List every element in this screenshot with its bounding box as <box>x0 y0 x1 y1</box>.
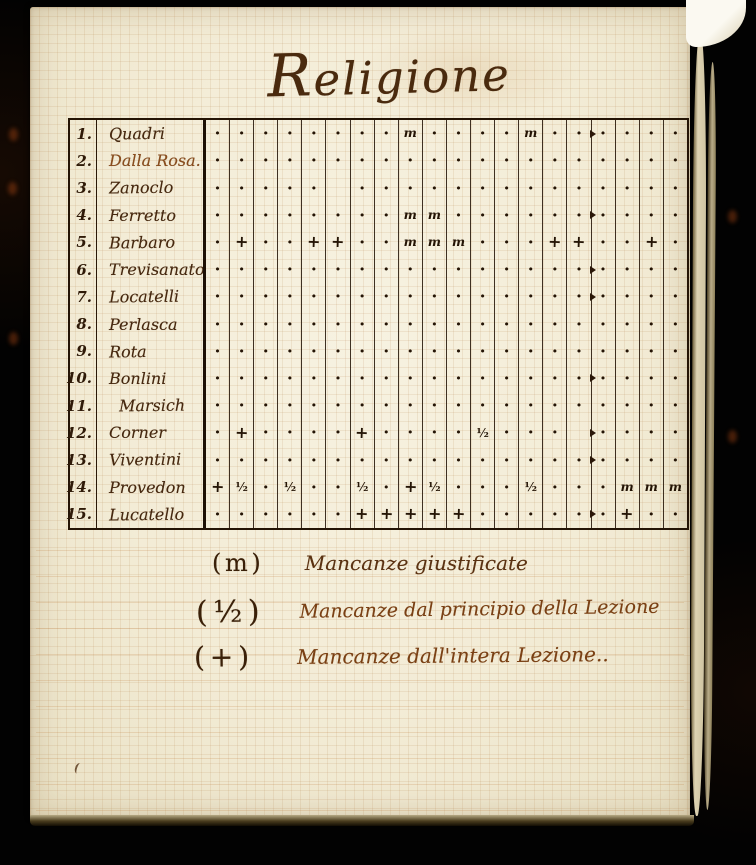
mark-cell: • <box>592 174 616 201</box>
mark-cell: • <box>278 174 302 201</box>
mark-dot: • <box>335 210 342 221</box>
mark-dot: • <box>287 455 294 466</box>
mark-cell: • <box>375 120 399 147</box>
mark-cell: • <box>254 256 278 283</box>
mark-dot: • <box>359 455 366 466</box>
mark-cell: • <box>664 446 687 473</box>
mark-cell: • <box>302 338 326 365</box>
mark-cell: • <box>592 283 616 310</box>
mark-cell: • <box>567 392 591 419</box>
mark-m: m <box>452 236 465 249</box>
mark-cell: • <box>616 310 640 337</box>
mark-cell: + <box>230 229 254 256</box>
mark-cell: • <box>592 229 616 256</box>
student-name: Zanoclo <box>97 174 203 202</box>
mark-dot: • <box>576 455 583 466</box>
mark-cell: • <box>664 120 687 147</box>
mark-dot: • <box>335 373 342 384</box>
mark-cell: • <box>567 147 591 174</box>
mark-cell: • <box>278 338 302 365</box>
mark-plus: + <box>427 506 441 522</box>
mark-cell: • <box>326 365 350 392</box>
mark-cell: • <box>399 446 423 473</box>
mark-dot: • <box>335 155 342 166</box>
mark-cell: • <box>640 174 664 201</box>
mark-dot: • <box>383 237 390 248</box>
row-number: 13. <box>70 446 97 473</box>
mark-cell: • <box>640 392 664 419</box>
mark-cell: • <box>254 501 278 528</box>
mark-dot: • <box>262 400 269 411</box>
student-name: Viventini <box>97 446 203 474</box>
mark-dot: • <box>455 319 462 330</box>
row-number: 8. <box>70 310 97 337</box>
mark-cell: • <box>592 120 616 147</box>
mark-cell: • <box>302 365 326 392</box>
mark-dot: • <box>238 210 245 221</box>
mark-dot: • <box>262 319 269 330</box>
mark-dot: • <box>600 183 607 194</box>
mark-dot: • <box>528 400 535 411</box>
mark-dot: • <box>335 427 342 438</box>
student-name: Bonlini <box>97 365 203 392</box>
mark-cell: • <box>351 147 375 174</box>
mark-cell: • <box>399 338 423 365</box>
mark-dot: • <box>455 373 462 384</box>
student-name: Lucatello <box>97 500 203 528</box>
mark-dot: • <box>262 455 269 466</box>
mark-cell: m <box>640 474 664 501</box>
mark-cell: + <box>567 229 591 256</box>
mark-cell: + <box>447 501 471 528</box>
mark-cell: • <box>375 147 399 174</box>
row-number: 3. <box>70 174 97 201</box>
mark-dot: • <box>624 400 631 411</box>
row-number: 11. <box>70 392 97 419</box>
mark-dot: • <box>214 264 221 275</box>
mark-dot: • <box>624 264 631 275</box>
mark-cell: • <box>495 283 519 310</box>
mark-plus: + <box>307 234 321 250</box>
mark-dot: • <box>479 373 486 384</box>
mark-dot: • <box>335 291 342 302</box>
ink-blob <box>590 429 596 437</box>
mark-cell: • <box>640 501 664 528</box>
mark-cell: • <box>399 256 423 283</box>
mark-cell: • <box>495 474 519 501</box>
mark-cell: • <box>278 283 302 310</box>
mark-cell: • <box>471 174 495 201</box>
mark-cell: • <box>471 256 495 283</box>
mark-dot: • <box>576 264 583 275</box>
mark-cell: • <box>519 147 543 174</box>
mark-dot: • <box>672 509 679 520</box>
mark-dot: • <box>335 455 342 466</box>
table-row: 3.Zanoclo••••••••••••••••••• <box>70 174 687 201</box>
mark-cell: m <box>664 474 687 501</box>
mark-dot: • <box>600 155 607 166</box>
mark-cell: • <box>351 256 375 283</box>
mark-dot: • <box>503 455 510 466</box>
mark-cell: • <box>351 392 375 419</box>
mark-cell: • <box>616 229 640 256</box>
mark-dot: • <box>528 319 535 330</box>
mark-dot: • <box>576 128 583 139</box>
mark-cell: • <box>423 147 447 174</box>
mark-dot: • <box>262 183 269 194</box>
mark-dot: • <box>431 427 438 438</box>
mark-dot: • <box>335 264 342 275</box>
mark-dot: • <box>503 264 510 275</box>
mark-dot: • <box>311 455 318 466</box>
mark-dot: • <box>672 455 679 466</box>
mark-cell: • <box>471 474 495 501</box>
mark-dot: • <box>287 400 294 411</box>
mark-dot: • <box>552 128 559 139</box>
mark-cell: • <box>664 256 687 283</box>
mark-cell: • <box>616 174 640 201</box>
mark-cell: + <box>206 474 230 501</box>
mark-cell: • <box>351 174 375 201</box>
student-name: Barbaro <box>97 228 203 256</box>
table-row: 5.Barbaro•+••++••mmm•••++••+• <box>70 229 687 256</box>
mark-dot: • <box>383 291 390 302</box>
mark-dot: • <box>431 291 438 302</box>
mark-dot: • <box>503 128 510 139</box>
mark-cell: • <box>206 202 230 229</box>
mark-cell: ½ <box>423 474 447 501</box>
mark-cell: • <box>326 310 350 337</box>
mark-dot: • <box>238 400 245 411</box>
mark-dot: • <box>600 291 607 302</box>
mark-cell: • <box>640 120 664 147</box>
mark-cell: • <box>592 365 616 392</box>
mark-cell: • <box>640 202 664 229</box>
mark-cell: • <box>447 419 471 446</box>
mark-dot: • <box>311 373 318 384</box>
mark-dot: • <box>624 291 631 302</box>
mark-cell: • <box>254 310 278 337</box>
mark-cell: • <box>326 419 350 446</box>
mark-cell: • <box>254 365 278 392</box>
mark-cell: • <box>326 120 350 147</box>
mark-cell: • <box>375 446 399 473</box>
mark-cell: • <box>375 419 399 446</box>
mark-dot: • <box>214 400 221 411</box>
mark-dot: • <box>455 455 462 466</box>
mark-cell: + <box>351 501 375 528</box>
margin-bleed-mark <box>9 332 18 345</box>
mark-cell: • <box>567 338 591 365</box>
mark-cell: • <box>640 256 664 283</box>
mark-cell: • <box>302 474 326 501</box>
mark-dot: • <box>672 237 679 248</box>
mark-dot: • <box>552 346 559 357</box>
mark-cell: • <box>423 120 447 147</box>
mark-cell: • <box>471 338 495 365</box>
mark-dot: • <box>648 400 655 411</box>
mark-dot: • <box>600 400 607 411</box>
mark-cell: • <box>543 365 567 392</box>
mark-cell: • <box>230 392 254 419</box>
mark-dot: • <box>528 291 535 302</box>
mark-cell: • <box>567 256 591 283</box>
mark-dot: • <box>359 291 366 302</box>
mark-dot: • <box>214 155 221 166</box>
mark-cell: • <box>206 229 230 256</box>
mark-dot: • <box>576 155 583 166</box>
table-row: 15.Lucatello••••••+++++••••••+•• <box>70 501 687 528</box>
mark-dot: • <box>238 346 245 357</box>
mark-dot: • <box>238 183 245 194</box>
margin-bleed-mark <box>728 210 737 223</box>
mark-cell: • <box>351 202 375 229</box>
mark-cell: • <box>447 202 471 229</box>
mark-dot: • <box>431 264 438 275</box>
row-number: 10. <box>70 365 97 392</box>
mark-cell: • <box>664 147 687 174</box>
mark-dot: • <box>262 509 269 520</box>
mark-cell: + <box>423 501 447 528</box>
legend-item: ( m ) Mancanze giustificate <box>212 549 528 577</box>
mark-cell: • <box>302 147 326 174</box>
mark-cell: • <box>206 283 230 310</box>
mark-dot: • <box>383 210 390 221</box>
mark-half: ½ <box>284 481 297 493</box>
mark-dot: • <box>238 128 245 139</box>
mark-half: ½ <box>235 481 248 493</box>
mark-dot: • <box>648 210 655 221</box>
mark-cell: • <box>616 419 640 446</box>
mark-cell: • <box>495 419 519 446</box>
margin-bleed-mark <box>9 128 18 141</box>
mark-cell: • <box>640 310 664 337</box>
mark-cell: • <box>230 310 254 337</box>
mark-dot: • <box>431 319 438 330</box>
mark-cell: • <box>206 147 230 174</box>
mark-cell: m <box>399 229 423 256</box>
mark-cell: m <box>519 120 543 147</box>
mark-cell: • <box>592 310 616 337</box>
mark-dot: • <box>576 346 583 357</box>
mark-cell: • <box>254 419 278 446</box>
mark-dot: • <box>214 210 221 221</box>
row-number: 7. <box>70 283 97 310</box>
mark-dot: • <box>383 183 390 194</box>
mark-cell: • <box>471 120 495 147</box>
mark-cell: • <box>543 174 567 201</box>
marks-row: ••••••••mm•••••••••• <box>203 202 687 229</box>
marks-row: •••••••••••••••••••• <box>203 392 687 419</box>
mark-dot: • <box>359 237 366 248</box>
mark-dot: • <box>479 264 486 275</box>
mark-cell: + <box>326 229 350 256</box>
mark-dot: • <box>552 291 559 302</box>
mark-cell: • <box>519 174 543 201</box>
mark-cell: • <box>351 446 375 473</box>
mark-dot: • <box>407 455 414 466</box>
mark-dot: • <box>552 155 559 166</box>
student-name: Locatelli <box>97 283 203 311</box>
mark-plus: + <box>403 506 417 522</box>
mark-dot: • <box>503 319 510 330</box>
mark-dot: • <box>383 373 390 384</box>
student-name: Marsich <box>97 391 203 419</box>
page-corner-curl <box>686 0 746 47</box>
mark-cell: • <box>399 283 423 310</box>
row-number: 6. <box>70 256 97 283</box>
mark-cell: • <box>278 419 302 446</box>
mark-m: m <box>645 481 658 494</box>
marks-row: •+••++••mmm•••++••+• <box>203 229 687 256</box>
mark-dot: • <box>503 237 510 248</box>
mark-dot: • <box>672 427 679 438</box>
mark-dot: • <box>407 319 414 330</box>
mark-plus: + <box>379 506 393 522</box>
row-number: 1. <box>70 120 97 147</box>
mark-dot: • <box>503 183 510 194</box>
ink-blob <box>590 456 596 464</box>
mark-dot: • <box>552 373 559 384</box>
mark-cell: • <box>351 120 375 147</box>
mark-dot: • <box>335 400 342 411</box>
mark-dot: • <box>287 346 294 357</box>
mark-cell: • <box>471 446 495 473</box>
mark-cell: • <box>254 338 278 365</box>
mark-cell: • <box>278 310 302 337</box>
mark-cell: • <box>278 120 302 147</box>
table-row: 11.Marsich•••••••••••••••••••• <box>70 392 687 419</box>
legend-symbol-half: ( ½ ) <box>196 594 258 630</box>
mark-cell: m <box>399 202 423 229</box>
mark-dot: • <box>383 482 390 493</box>
mark-dot: • <box>214 455 221 466</box>
mark-cell: • <box>278 365 302 392</box>
legend-text: Mancanze dal principio della Lezione <box>299 595 659 622</box>
mark-dot: • <box>528 427 535 438</box>
mark-dot: • <box>648 509 655 520</box>
mark-dot: • <box>600 482 607 493</box>
mark-dot: • <box>503 291 510 302</box>
mark-cell: • <box>543 392 567 419</box>
mark-cell: • <box>326 256 350 283</box>
mark-cell <box>326 174 350 201</box>
mark-dot: • <box>359 155 366 166</box>
table-row: 2.Dalla Rosa.•••••••••••••••••••• <box>70 147 687 174</box>
mark-dot: • <box>238 373 245 384</box>
mark-dot: • <box>648 291 655 302</box>
mark-dot: • <box>335 509 342 520</box>
mark-cell: • <box>495 147 519 174</box>
mark-dot: • <box>214 319 221 330</box>
mark-cell: ½ <box>519 474 543 501</box>
student-name: Corner <box>97 419 203 446</box>
mark-cell: • <box>230 365 254 392</box>
mark-cell: • <box>567 174 591 201</box>
mark-cell: • <box>543 310 567 337</box>
mark-cell: • <box>254 174 278 201</box>
mark-dot: • <box>287 319 294 330</box>
mark-cell: • <box>592 202 616 229</box>
mark-cell: • <box>495 392 519 419</box>
mark-half: ½ <box>476 427 489 439</box>
mark-dot: • <box>214 346 221 357</box>
mark-cell: • <box>351 338 375 365</box>
mark-plus: + <box>235 425 249 441</box>
mark-cell: ½ <box>351 474 375 501</box>
mark-cell: • <box>519 229 543 256</box>
mark-dot: • <box>287 291 294 302</box>
mark-cell: • <box>519 256 543 283</box>
mark-cell: • <box>206 501 230 528</box>
mark-dot: • <box>624 155 631 166</box>
mark-dot: • <box>552 319 559 330</box>
mark-dot: • <box>648 264 655 275</box>
mark-dot: • <box>431 400 438 411</box>
mark-cell: m <box>423 229 447 256</box>
table-row: 6.Trevisanato•••••••••••••••••••• <box>70 256 687 283</box>
mark-dot: • <box>383 264 390 275</box>
mark-m: m <box>669 481 682 494</box>
mark-cell: • <box>254 392 278 419</box>
mark-dot: • <box>311 482 318 493</box>
mark-cell: • <box>375 256 399 283</box>
mark-cell: • <box>230 446 254 473</box>
mark-dot: • <box>455 346 462 357</box>
mark-dot: • <box>600 128 607 139</box>
mark-dot: • <box>238 319 245 330</box>
mark-plus: + <box>355 506 369 522</box>
mark-cell: • <box>447 283 471 310</box>
ink-blob <box>590 211 596 219</box>
mark-cell: • <box>302 120 326 147</box>
mark-cell: • <box>616 283 640 310</box>
mark-dot: • <box>335 346 342 357</box>
mark-cell: • <box>567 120 591 147</box>
mark-cell: • <box>326 338 350 365</box>
table-row: 12.Corner•+••••+••••½••••••• <box>70 419 687 446</box>
mark-cell: • <box>399 365 423 392</box>
table-row: 14.Provedon+½•½••½•+½•••½•••mmm <box>70 474 687 501</box>
mark-m: m <box>621 481 634 494</box>
mark-dot: • <box>600 237 607 248</box>
mark-dot: • <box>479 128 486 139</box>
mark-cell: • <box>616 202 640 229</box>
student-name: Provedon <box>97 474 203 501</box>
mark-dot: • <box>600 427 607 438</box>
mark-cell: • <box>230 174 254 201</box>
mark-cell: • <box>567 365 591 392</box>
mark-dot: • <box>262 128 269 139</box>
mark-m: m <box>428 236 441 249</box>
mark-cell: • <box>399 310 423 337</box>
mark-dot: • <box>576 210 583 221</box>
student-name: Rota <box>97 337 203 365</box>
marks-row: +½•½••½•+½•••½•••mmm <box>203 474 687 501</box>
mark-cell: • <box>447 120 471 147</box>
mark-cell: • <box>567 501 591 528</box>
mark-dot: • <box>600 509 607 520</box>
mark-cell: • <box>326 392 350 419</box>
mark-dot: • <box>383 427 390 438</box>
mark-cell: • <box>543 256 567 283</box>
mark-cell: • <box>616 446 640 473</box>
mark-cell: + <box>351 419 375 446</box>
mark-cell: • <box>326 283 350 310</box>
mark-cell: + <box>640 229 664 256</box>
mark-dot: • <box>600 210 607 221</box>
mark-dot: • <box>359 210 366 221</box>
